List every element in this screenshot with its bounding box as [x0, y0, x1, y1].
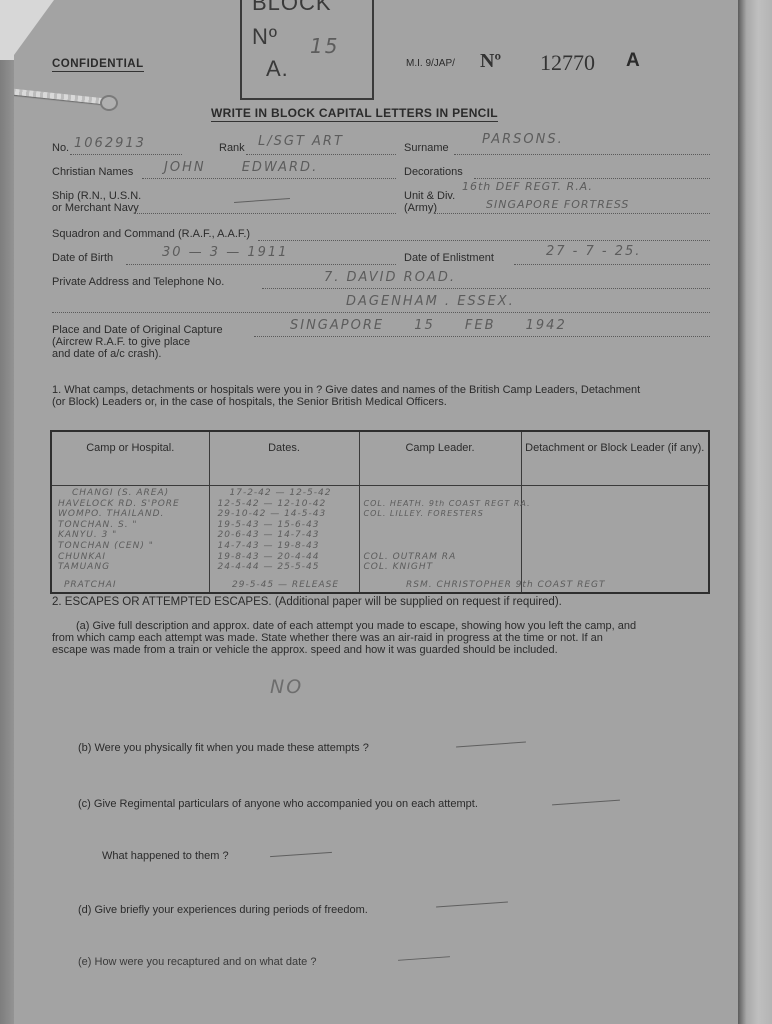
dates-cell[interactable]: 24-4-44 — 25-5-45 [218, 562, 359, 573]
binder-edge-right [738, 0, 772, 1024]
reference-number: 12770 [540, 50, 595, 76]
table-row: CHANGI (S. AREA) HAVELOCK RD. S'PORE WOM… [51, 486, 709, 594]
number-label: No. [52, 142, 69, 154]
question-2e-text: (e) How were you recaptured and on what … [78, 956, 316, 968]
leader-cell[interactable] [364, 530, 521, 541]
camp-cell[interactable]: KANYU. 3 " [58, 530, 209, 541]
dates-cell[interactable]: 20-6-43 — 14-7-43 [218, 530, 359, 541]
question-2b-dash-answer [456, 742, 526, 748]
capture-value[interactable]: SINGAPORE 15 FEB 1942 [290, 318, 567, 333]
question-2d-dash-answer [436, 901, 508, 907]
camp-column: CHANGI (S. AREA) HAVELOCK RD. S'PORE WOM… [51, 486, 209, 594]
dates-cell[interactable]: 17-2-42 — 12-5-42 [218, 488, 359, 499]
mi9-reference-prefix: M.I. 9/JAP/ [406, 58, 455, 69]
camp-leader-column: COL. HEATH. 9th COAST REGT RA. COL. LILL… [359, 486, 521, 594]
camps-table: Camp or Hospital. Dates. Camp Leader. De… [50, 430, 710, 594]
question-2a-text: (a) Give full description and approx. da… [52, 620, 712, 656]
surname-value[interactable]: PARSONS. [482, 132, 564, 147]
questionnaire-page: CONFIDENTIAL BLOCK Nº A. 15 M.I. 9/JAP/ … [14, 0, 738, 1024]
rank-label: Rank [219, 142, 245, 154]
camp-cell-overflow[interactable]: PRATCHAI [64, 580, 117, 590]
confidential-label: CONFIDENTIAL [52, 58, 144, 72]
camp-cell[interactable]: CHANGI (S. AREA) [58, 488, 209, 499]
header-detachment-leader: Detachment or Block Leader (if any). [521, 431, 709, 486]
leader-cell[interactable]: COL. OUTRAM RA [364, 552, 521, 563]
camps-table-header: Camp or Hospital. Dates. Camp Leader. De… [51, 431, 709, 486]
question-2b-text: (b) Were you physically fit when you mad… [78, 742, 369, 754]
ship-label-line2: or Merchant Navy [52, 202, 141, 214]
question-1-line2: (or Block) Leaders or, in the case of ho… [52, 396, 640, 408]
camp-cell[interactable]: HAVELOCK RD. S'PORE [58, 499, 209, 510]
block-number-box: BLOCK Nº A. 15 [240, 0, 374, 100]
question-2a-answer[interactable]: NO [270, 676, 303, 698]
ship-label: Ship (R.N., U.S.N. or Merchant Navy [52, 190, 141, 214]
block-label: BLOCK [252, 0, 332, 16]
dates-cell[interactable]: 12-5-42 — 12-10-42 [218, 499, 359, 510]
dates-cell[interactable]: 19-5-43 — 15-6-43 [218, 520, 359, 531]
unit-value-line1[interactable]: 16th DEF REGT. R.A. [462, 180, 593, 193]
question-2c-sub-text: What happened to them ? [102, 850, 229, 862]
question-2c-dash-answer [552, 800, 620, 806]
dates-cell[interactable]: 29-10-42 — 14-5-43 [218, 509, 359, 520]
camp-cell[interactable]: TAMUANG [58, 562, 209, 573]
capture-label: Place and Date of Original Capture (Airc… [52, 324, 223, 360]
question-2a-line2: from which camp each attempt was made. S… [52, 632, 712, 644]
rank-value[interactable]: L/SGT ART [258, 134, 344, 149]
question-2c-text: (c) Give Regimental particulars of anyon… [78, 798, 478, 810]
christian-names-value[interactable]: JOHN EDWARD. [164, 160, 318, 175]
question-2a-line3: escape was made from a train or vehicle … [52, 644, 712, 656]
christian-names-label: Christian Names [52, 166, 133, 178]
camp-cell[interactable]: TONCHAN (CEN) " [58, 541, 209, 552]
leader-cell[interactable]: COL. HEATH. 9th COAST REGT RA. [364, 499, 521, 510]
dates-cell[interactable]: 19-8-43 — 20-4-44 [218, 552, 359, 563]
ship-dash-answer [234, 198, 290, 203]
question-1-text: 1. What camps, detachments or hospitals … [52, 384, 640, 408]
squadron-label: Squadron and Command (R.A.F., A.A.F.) [52, 228, 250, 240]
question-2c-sub-dash-answer [270, 852, 332, 857]
question-2d-text: (d) Give briefly your experiences during… [78, 904, 368, 916]
surname-label: Surname [404, 142, 449, 154]
header-camp: Camp or Hospital. [51, 431, 209, 486]
tag-string [0, 87, 114, 106]
camp-cell[interactable]: WOMPO. THAILAND. [58, 509, 209, 520]
question-2-heading: 2. ESCAPES OR ATTEMPTED ESCAPES. (Additi… [52, 596, 562, 608]
address-value-line1[interactable]: 7. DAVID ROAD. [324, 270, 456, 285]
camp-cell[interactable]: TONCHAN. S. " [58, 520, 209, 531]
leader-cell[interactable] [364, 541, 521, 552]
unit-label-line1: Unit & Div. [404, 190, 455, 202]
header-dates: Dates. [209, 431, 359, 486]
camp-cell[interactable]: CHUNKAI [58, 552, 209, 563]
header-camp-leader: Camp Leader. [359, 431, 521, 486]
block-a-label: A. [266, 56, 289, 82]
date-of-birth-label: Date of Birth [52, 252, 113, 264]
date-of-enlistment-label: Date of Enlistment [404, 252, 494, 264]
address-label: Private Address and Telephone No. [52, 276, 224, 288]
capture-label-line2: (Aircrew R.A.F. to give place [52, 336, 223, 348]
capture-label-line1: Place and Date of Original Capture [52, 324, 223, 336]
reference-suffix: A [626, 50, 640, 72]
dates-column: 17-2-42 — 12-5-42 12-5-42 — 12-10-42 29-… [209, 486, 359, 594]
leader-cell[interactable]: COL. LILLEY. FORESTERS [364, 509, 521, 520]
question-2a-line1: (a) Give full description and approx. da… [52, 620, 712, 632]
ship-label-line1: Ship (R.N., U.S.N. [52, 190, 141, 202]
eyelet-icon [100, 95, 118, 111]
dates-cell-overflow[interactable]: 29-5-45 — RELEASE [232, 580, 339, 590]
question-1-line1: 1. What camps, detachments or hospitals … [52, 384, 640, 396]
leader-cell[interactable] [364, 488, 521, 499]
detachment-leader-column[interactable] [521, 486, 709, 594]
date-of-enlistment-value[interactable]: 27 - 7 - 25. [546, 244, 641, 259]
decorations-label: Decorations [404, 166, 463, 178]
question-2e-dash-answer [398, 956, 450, 961]
leader-cell[interactable]: COL. KNIGHT [364, 562, 521, 573]
date-of-birth-value[interactable]: 30 — 3 — 1911 [162, 245, 288, 260]
instruction-heading: WRITE IN BLOCK CAPITAL LETTERS IN PENCIL [211, 106, 498, 122]
address-value-line2[interactable]: DAGENHAM . ESSEX. [346, 294, 515, 309]
number-value[interactable]: 1062913 [74, 136, 146, 151]
block-handwritten-number: 15 [310, 34, 339, 58]
capture-label-line3: and date of a/c crash). [52, 348, 223, 360]
unit-value-line2[interactable]: SINGAPORE FORTRESS [486, 198, 629, 211]
reference-no-label: Nº [480, 50, 501, 73]
leader-cell-overflow[interactable]: RSM. CHRISTOPHER 9th COAST REGT [406, 580, 606, 590]
dates-cell[interactable]: 14-7-43 — 19-8-43 [218, 541, 359, 552]
block-no-label: Nº [252, 24, 278, 50]
unit-label: Unit & Div. (Army) [404, 190, 455, 214]
leader-cell[interactable] [364, 520, 521, 531]
